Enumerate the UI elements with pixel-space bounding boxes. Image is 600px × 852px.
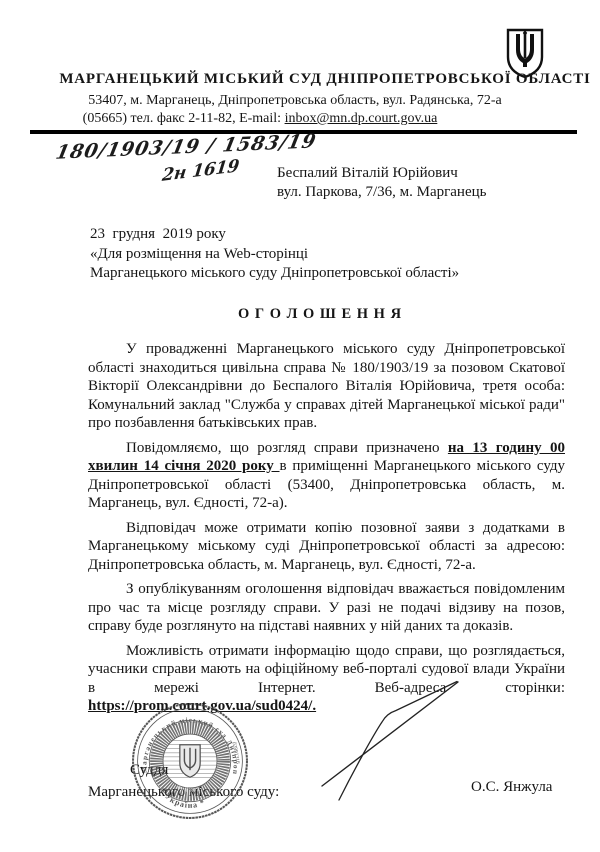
paragraph-case-info: У провадженні Марганецького міського суд… — [88, 340, 565, 433]
court-seal-icon: Марганецький міський суд Дніпропетровськ… — [131, 702, 249, 820]
text-run: Відповідач може отримати копію позовної … — [88, 520, 565, 573]
handwritten-case-number: 180/1903/19 / 1583/19 — [54, 130, 319, 164]
publication-note-line2: Марганецького міського суду Дніпропетров… — [90, 264, 459, 283]
publication-note-line1: «Для розміщення на Web-сторінці — [90, 245, 459, 264]
svg-text:ний код: ний код — [176, 784, 201, 794]
court-contacts: (05665) тел. факс 2-11-82, E-mail: inbox… — [0, 111, 520, 127]
text-run: Можливість отримати інформацію щодо спра… — [88, 643, 565, 696]
court-address: 53407, м. Марганець, Дніпропетровська об… — [20, 93, 570, 109]
scanned-court-document: МАРГАНЕЦЬКИЙ МІСЬКИЙ СУД ДНІПРОПЕТРОВСЬК… — [0, 0, 600, 852]
document-date: 23 грудня 2019 року — [90, 226, 226, 243]
paragraph-copy-claim: Відповідач може отримати копію позовної … — [88, 519, 565, 575]
text-run: З опублікуванням оголошення відповідач в… — [88, 581, 565, 634]
seal-inner-text: ний код — [176, 784, 201, 794]
document-title: О Г О Л О Ш Е Н Н Я — [40, 306, 600, 323]
handwritten-note: 2н 1619 — [161, 156, 240, 186]
recipient-name: Беспалий Віталій Юрійович — [277, 164, 486, 183]
judge-name: О.С. Янжула — [471, 779, 552, 796]
court-name: МАРГАНЕЦЬКИЙ МІСЬКИЙ СУД ДНІПРОПЕТРОВСЬК… — [50, 71, 600, 88]
recipient-block: Беспалий Віталій Юрійович вул. Паркова, … — [277, 164, 486, 202]
text-run: У провадженні Марганецького міського суд… — [88, 341, 565, 431]
phone-fax: (05665) тел. факс 2-11-82, E-mail: — [83, 111, 285, 126]
paragraph-hearing-date: Повідомляємо, що розгляд справи призначе… — [88, 439, 565, 513]
text-run: Повідомляємо, що розгляд справи призначе… — [126, 440, 448, 456]
document-body: У провадженні Марганецького міського суд… — [88, 340, 565, 722]
recipient-address: вул. Паркова, 7/36, м. Марганець — [277, 183, 486, 202]
paragraph-notification: З опублікуванням оголошення відповідач в… — [88, 580, 565, 636]
email-link[interactable]: inbox@mn.dp.court.gov.ua — [285, 111, 438, 126]
seal-center-shield — [180, 745, 200, 778]
publication-note: «Для розміщення на Web-сторінці Марганец… — [90, 245, 459, 283]
